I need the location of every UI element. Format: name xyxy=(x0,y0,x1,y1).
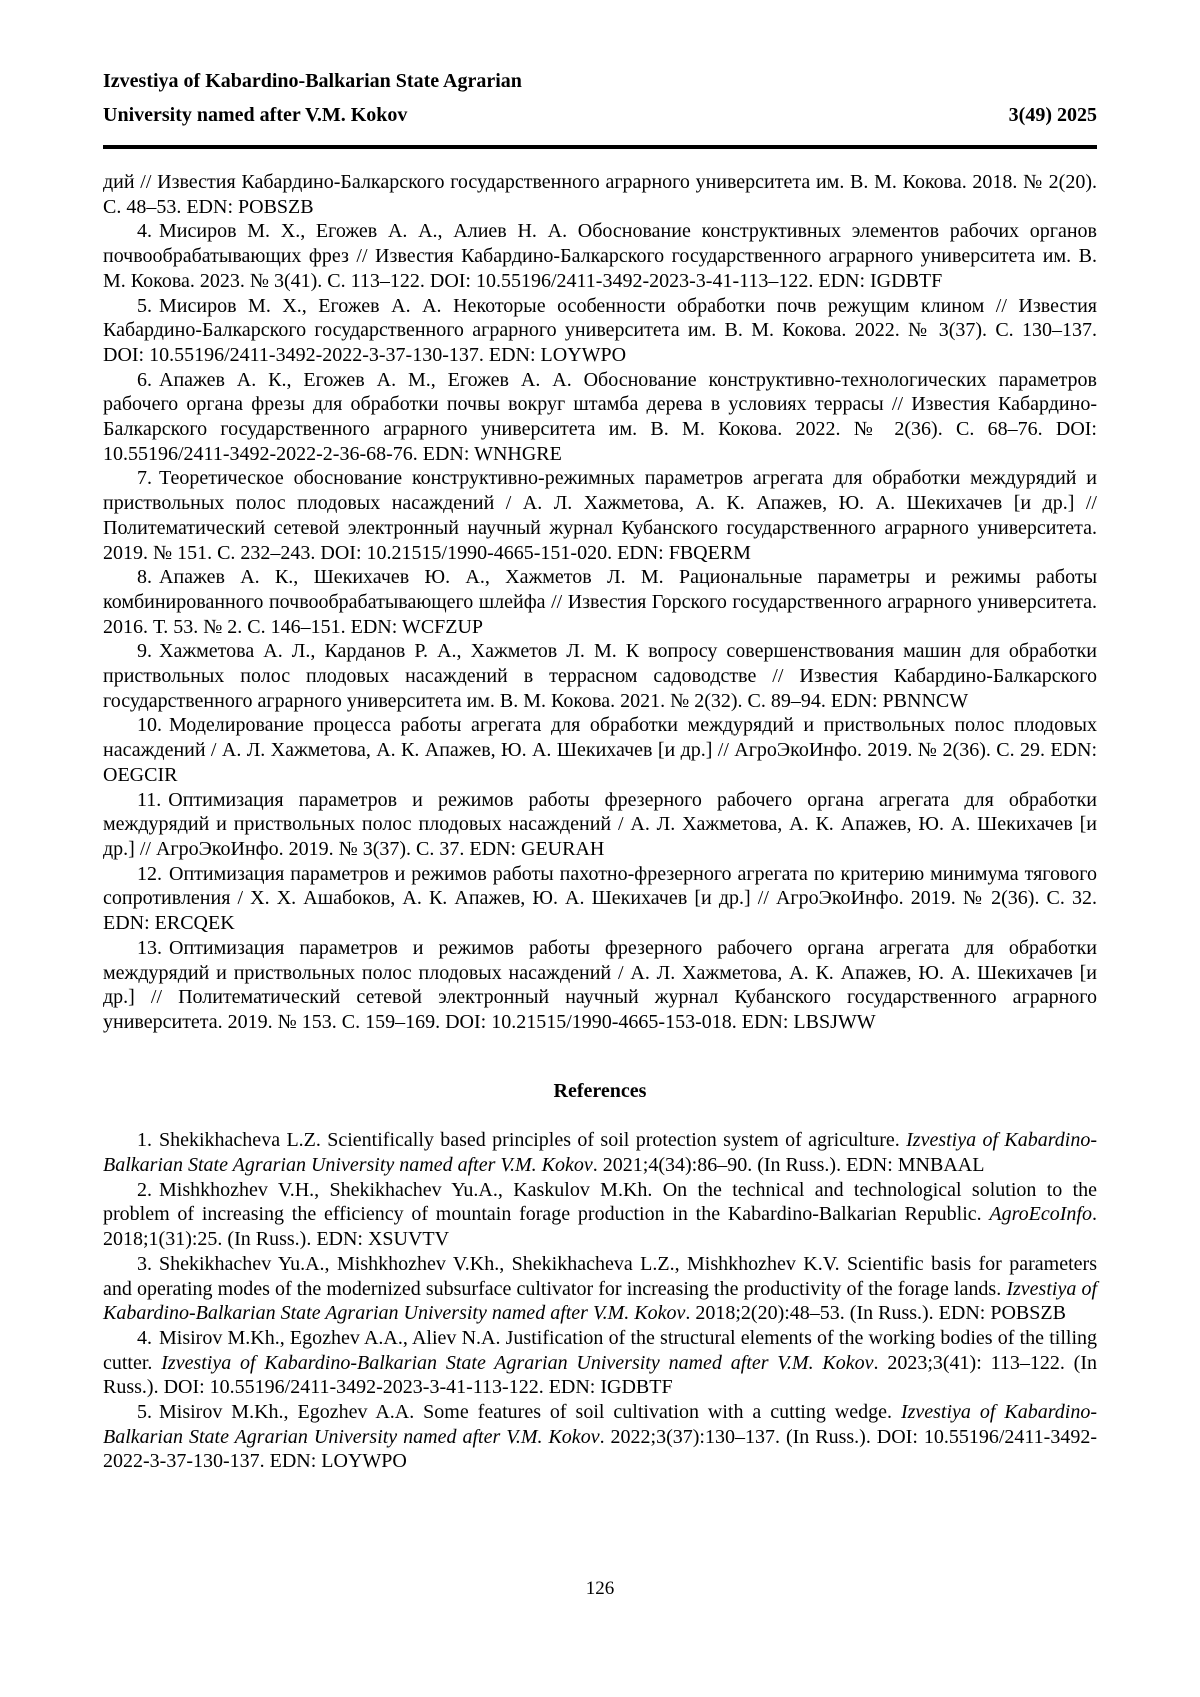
journal-title-line1: Izvestiya of Kabardino-Balkarian State A… xyxy=(103,64,1097,98)
reference-number: 10. xyxy=(137,714,162,736)
reference-item: 7.Теоретическое обоснование конструктивн… xyxy=(103,466,1097,565)
reference-item: 5.Misirov M.Kh., Egozhev A.A. Some featu… xyxy=(103,1400,1097,1474)
reference-number: 4. xyxy=(137,220,152,242)
reference-number: 1. xyxy=(137,1129,152,1151)
issue-number: 3(49) 2025 xyxy=(1009,98,1097,132)
references-heading: References xyxy=(103,1079,1097,1104)
reference-number: 11. xyxy=(137,789,161,811)
reference-item: 8.Апажев А. К., Шекихачев Ю. А., Хажмето… xyxy=(103,565,1097,639)
reference-item: 3.Shekikhachev Yu.A., Mishkhozhev V.Kh.,… xyxy=(103,1252,1097,1326)
reference-item: 9.Хажметова А. Л., Карданов Р. А., Хажме… xyxy=(103,639,1097,713)
reference-number: 7. xyxy=(137,467,152,489)
reference-number: 13. xyxy=(137,937,162,959)
reference-number: 6. xyxy=(137,369,152,391)
reference-item: 1.Shekikhacheva L.Z. Scientifically base… xyxy=(103,1128,1097,1177)
reference-item: 4.Мисиров М. Х., Егожев А. А., Алиев Н. … xyxy=(103,219,1097,293)
reference-number: 4. xyxy=(137,1327,152,1349)
reference-number: 8. xyxy=(137,566,152,588)
page-number: 126 xyxy=(0,1577,1200,1601)
reference-item: 11.Оптимизация параметров и режимов рабо… xyxy=(103,788,1097,862)
reference-number: 5. xyxy=(137,1401,152,1423)
reference-item: 13.Оптимизация параметров и режимов рабо… xyxy=(103,936,1097,1035)
reference-number: 3. xyxy=(137,1253,152,1275)
reference-item: 2.Mishkhozhev V.H., Shekikhachev Yu.A., … xyxy=(103,1178,1097,1252)
reference-item: 5.Мисиров М. Х., Егожев А. А. Некоторые … xyxy=(103,294,1097,368)
russian-references-list: дий // Известия Кабардино-Балкарского го… xyxy=(103,170,1097,1035)
page-header: Izvestiya of Kabardino-Balkarian State A… xyxy=(103,0,1097,149)
reference-item: дий // Известия Кабардино-Балкарского го… xyxy=(103,170,1097,219)
reference-number: 5. xyxy=(137,295,152,317)
reference-number: 2. xyxy=(137,1179,152,1201)
reference-item: 12.Оптимизация параметров и режимов рабо… xyxy=(103,862,1097,936)
reference-number: 9. xyxy=(137,640,152,662)
reference-item: 10.Моделирование процесса работы агрегат… xyxy=(103,713,1097,787)
reference-number: 12. xyxy=(137,863,162,885)
english-references-list: 1.Shekikhacheva L.Z. Scientifically base… xyxy=(103,1128,1097,1474)
reference-item: 6.Апажев А. К., Егожев А. М., Егожев А. … xyxy=(103,368,1097,467)
document-page: Izvestiya of Kabardino-Balkarian State A… xyxy=(0,0,1200,1697)
journal-title-line2: University named after V.M. Kokov xyxy=(103,98,407,132)
reference-item: 4.Misirov M.Kh., Egozhev A.A., Aliev N.A… xyxy=(103,1326,1097,1400)
